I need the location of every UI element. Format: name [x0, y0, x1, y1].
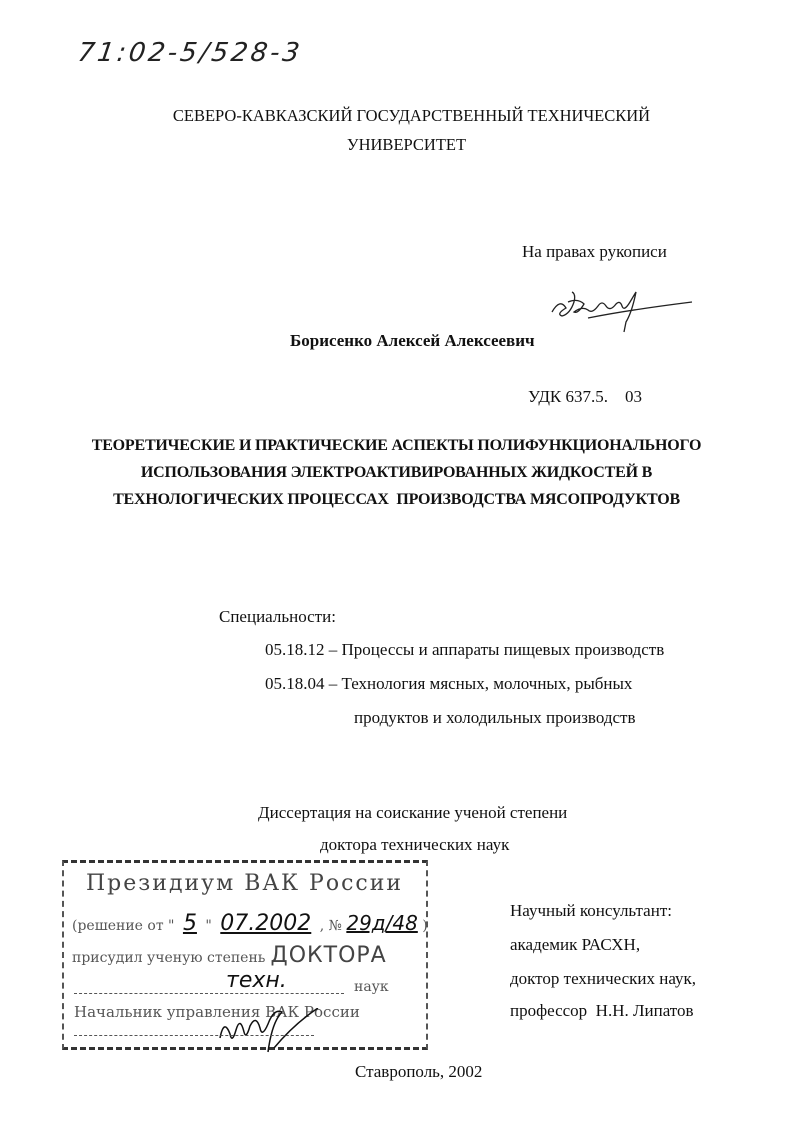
place-and-year: Ставрополь, 2002	[355, 1062, 482, 1082]
consultant-label: Научный консультант:	[510, 901, 672, 921]
stamp-awarded-degree: ДОКТОРА	[271, 943, 387, 968]
stamp-decision: (решение от " 5 " 07.2002 , № 29д/48 )	[72, 911, 428, 936]
stamp-field-underline	[74, 993, 344, 994]
stamp-field-suffix: наук	[354, 979, 389, 995]
author-name: Борисенко Алексей Алексеевич	[290, 331, 535, 351]
degree-line-2: доктора технических наук	[320, 835, 509, 855]
degree-line-1: Диссертация на соискание ученой степени	[258, 803, 567, 823]
specialty-item-continued: продуктов и холодильных производств	[354, 708, 635, 728]
udc-code: УДК 637.5. 03	[528, 387, 642, 407]
specialties-label: Специальности:	[219, 607, 336, 627]
stamp-decision-no: 29д/48	[346, 911, 417, 935]
dissertation-title-line-2: ИСПОЛЬЗОВАНИЯ ЭЛЕКТРОАКТИВИРОВАННЫХ ЖИДК…	[0, 464, 793, 482]
stamp-decision-suffix: )	[422, 918, 427, 934]
dissertation-title-line-1: ТЕОРЕТИЧЕСКИЕ И ПРАКТИЧЕСКИЕ АСПЕКТЫ ПОЛ…	[0, 437, 793, 455]
vak-stamp: Президиум ВАК России (решение от " 5 " 0…	[62, 860, 428, 1050]
stamp-decision-no-label: , №	[320, 918, 342, 934]
stamp-header: Президиум ВАК России	[86, 871, 403, 896]
dissertation-title-line-3: ТЕХНОЛОГИЧЕСКИХ ПРОЦЕССАХ ПРОИЗВОДСТВА М…	[0, 491, 793, 509]
stamp-decision-prefix: (решение от "	[72, 918, 174, 934]
stamp-decision-date: 07.2002	[220, 911, 311, 936]
specialty-item: 05.18.12 – Процессы и аппараты пищевых п…	[265, 640, 664, 660]
specialty-item: 05.18.04 – Технология мясных, молочных, …	[265, 674, 632, 694]
university-line-1: СЕВЕРО-КАВКАЗСКИЙ ГОСУДАРСТВЕННЫЙ ТЕХНИЧ…	[0, 106, 793, 126]
consultant-degree: доктор технических наук,	[510, 969, 696, 989]
archive-code: 71:02-5/528-3	[76, 38, 304, 68]
consultant-title: академик РАСХН,	[510, 935, 640, 955]
stamp-chief-signature	[214, 1008, 324, 1067]
consultant-name: профессор Н.Н. Липатов	[510, 1001, 694, 1021]
signature-icon	[548, 282, 698, 342]
university-line-2: УНИВЕРСИТЕТ	[0, 135, 793, 155]
stamp-decision-mid: "	[205, 918, 211, 934]
stamp-decision-day: 5	[183, 911, 197, 936]
author-signature	[548, 282, 698, 342]
manuscript-note: На правах рукописи	[522, 242, 667, 262]
stamp-awarded: присудил ученую степень ДОКТОРА	[72, 943, 387, 968]
stamp-field-hand: техн.	[226, 968, 287, 993]
stamp-bottom-rule	[74, 1035, 314, 1036]
stamp-awarded-prefix: присудил ученую степень	[72, 950, 265, 966]
